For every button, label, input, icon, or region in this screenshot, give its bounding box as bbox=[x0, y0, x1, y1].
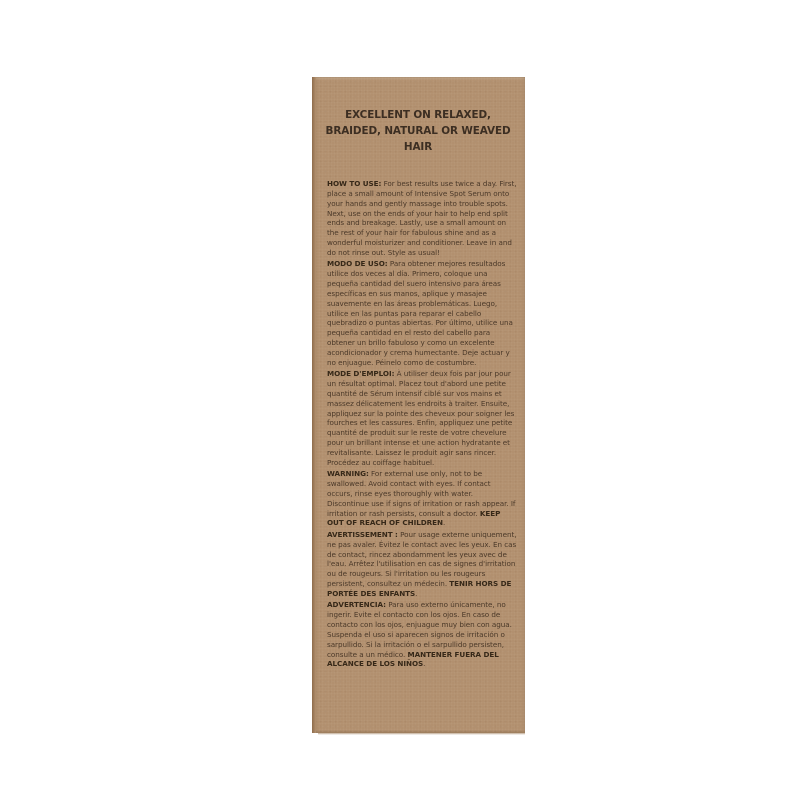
section-how-to-use: HOW TO USE: For best results use twice a… bbox=[327, 179, 517, 258]
section-heading: WARNING: bbox=[327, 469, 369, 478]
section-avertissement: AVERTISSEMENT : Pour usage externe uniqu… bbox=[327, 530, 517, 599]
section-mode-d-emploi: MODE D'EMPLOI: À utiliser deux fois par … bbox=[327, 369, 517, 467]
section-tail: . bbox=[423, 659, 425, 668]
product-headline: EXCELLENT ON RELAXED, BRAIDED, NATURAL O… bbox=[318, 107, 518, 155]
section-modo-de-uso: MODO DE USO: Para obtener mejores result… bbox=[327, 259, 517, 367]
section-text: Para obtener mejores resultados utilice … bbox=[327, 259, 513, 366]
section-heading: AVERTISSEMENT : bbox=[327, 530, 398, 539]
section-text: For best results use twice a day. First,… bbox=[327, 179, 517, 257]
section-heading: MODE D'EMPLOI: bbox=[327, 369, 394, 378]
section-tail: . bbox=[415, 589, 417, 598]
section-heading: MODO DE USO: bbox=[327, 259, 388, 268]
section-advertencia: ADVERTENCIA: Para uso externo únicamente… bbox=[327, 600, 517, 669]
section-warning: WARNING: For external use only, not to b… bbox=[327, 469, 517, 528]
instructions-text-block: HOW TO USE: For best results use twice a… bbox=[327, 179, 517, 671]
section-tail: . bbox=[443, 518, 445, 527]
section-text: À utiliser deux fois par jour pour un ré… bbox=[327, 369, 514, 467]
section-heading: HOW TO USE: bbox=[327, 179, 381, 188]
section-heading: ADVERTENCIA: bbox=[327, 600, 386, 609]
